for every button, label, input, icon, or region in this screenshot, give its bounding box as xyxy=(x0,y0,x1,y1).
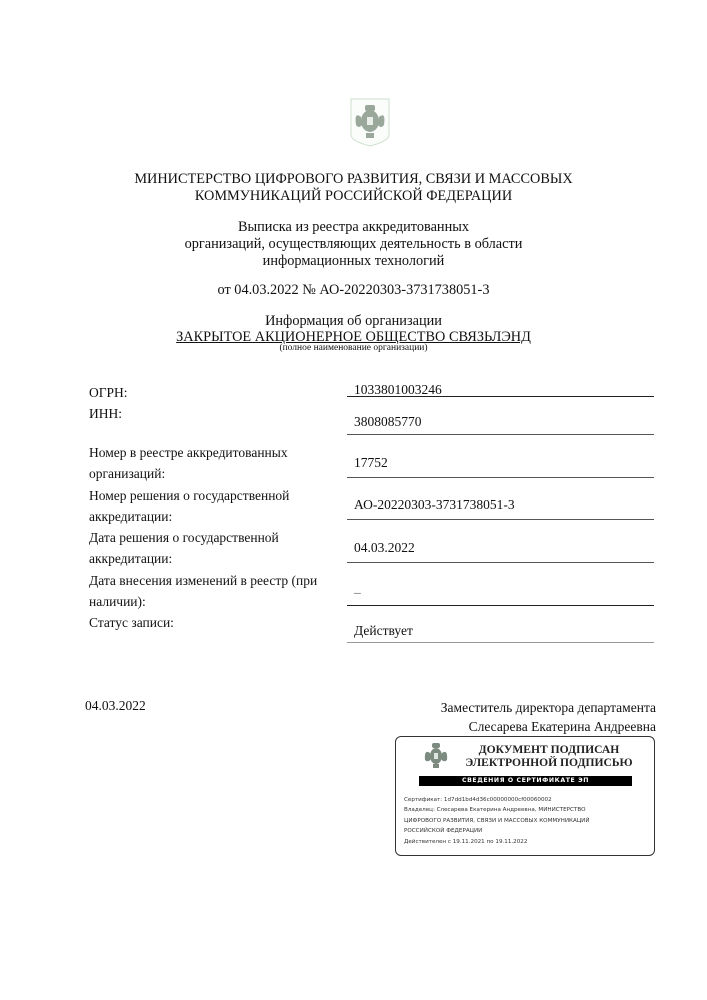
signer-position: Заместитель директора департамента xyxy=(441,698,656,717)
field-value-registry-number: 17752 xyxy=(354,455,388,471)
certificate-details: Сертификат: 1d7dd1bd4d36c00000000cf00060… xyxy=(404,795,650,847)
stamp-title: ДОКУМЕНТ ПОДПИСАН ЭЛЕКТРОННОЙ ПОДПИСЬЮ xyxy=(454,743,644,769)
signer-block: Заместитель директора департамента Слеса… xyxy=(441,698,656,736)
field-rule xyxy=(347,605,654,606)
extract-line-3: информационных технологий xyxy=(0,253,707,270)
stamp-title-line-1: ДОКУМЕНТ ПОДПИСАН xyxy=(454,743,644,756)
document-number: от 04.03.2022 № АО-20220303-3731738051-3 xyxy=(0,282,707,299)
field-label-inn: ИНН: xyxy=(89,403,344,424)
field-value-change-date: _ xyxy=(354,580,361,596)
certificate-owner-line-1: Владелец: Слесарева Екатерина Андреевна,… xyxy=(404,805,650,815)
field-rule xyxy=(347,434,654,435)
field-value-status: Действует xyxy=(354,623,413,639)
field-rule xyxy=(347,519,654,520)
extract-line-2: организаций, осуществляющих деятельность… xyxy=(0,236,707,253)
extract-line-1: Выписка из реестра аккредитованных xyxy=(0,219,707,236)
stamp-title-line-2: ЭЛЕКТРОННОЙ ПОДПИСЬЮ xyxy=(454,756,644,769)
footer-date: 04.03.2022 xyxy=(85,698,146,714)
field-label-decision-number: Номер решения о государственной аккредит… xyxy=(89,485,344,527)
stamp-emblem-icon xyxy=(422,741,450,771)
electronic-signature-stamp: ДОКУМЕНТ ПОДПИСАН ЭЛЕКТРОННОЙ ПОДПИСЬЮ С… xyxy=(395,736,655,856)
field-label-status: Статус записи: xyxy=(89,612,344,633)
emblem-icon xyxy=(348,97,392,149)
field-value-decision-number: АО-20220303-3731738051-3 xyxy=(354,497,515,513)
field-value-inn: 3808085770 xyxy=(354,414,422,430)
certificate-owner-line-2: ЦИФРОВОГО РАЗВИТИЯ, СВЯЗИ И МАССОВЫХ КОМ… xyxy=(404,816,650,826)
signer-name: Слесарева Екатерина Андреевна xyxy=(441,717,656,736)
certificate-serial: Сертификат: 1d7dd1bd4d36c00000000cf00060… xyxy=(404,795,650,805)
organization-caption: (полное наименование организации) xyxy=(0,343,707,353)
certificate-validity: Действителен с 19.11.2021 по 19.11.2022 xyxy=(404,837,650,847)
ministry-heading: МИНИСТЕРСТВО ЦИФРОВОГО РАЗВИТИЯ, СВЯЗИ И… xyxy=(0,171,707,205)
field-label-registry-number: Номер в реестре аккредитованных организа… xyxy=(89,442,344,484)
extract-title: Выписка из реестра аккредитованных орган… xyxy=(0,219,707,270)
field-rule xyxy=(347,396,654,397)
certificate-owner-line-3: РОССИЙСКОЙ ФЕДЕРАЦИИ xyxy=(404,826,650,836)
field-rule xyxy=(347,642,654,643)
certificate-info-bar: СВЕДЕНИЯ О СЕРТИФИКАТЕ ЭП xyxy=(419,776,632,786)
field-label-ogrn: ОГРН: xyxy=(89,382,344,403)
field-label-decision-date: Дата решения о государственной аккредита… xyxy=(89,527,344,569)
field-rule xyxy=(347,477,654,478)
field-value-decision-date: 04.03.2022 xyxy=(354,540,415,556)
field-rule xyxy=(347,562,654,563)
field-label-change-date: Дата внесения изменений в реестр (при на… xyxy=(89,570,344,612)
ministry-line-2: КОММУНИКАЦИЙ РОССИЙСКОЙ ФЕДЕРАЦИИ xyxy=(0,188,707,205)
ministry-line-1: МИНИСТЕРСТВО ЦИФРОВОГО РАЗВИТИЯ, СВЯЗИ И… xyxy=(0,171,707,188)
info-heading: Информация об организации xyxy=(0,313,707,330)
